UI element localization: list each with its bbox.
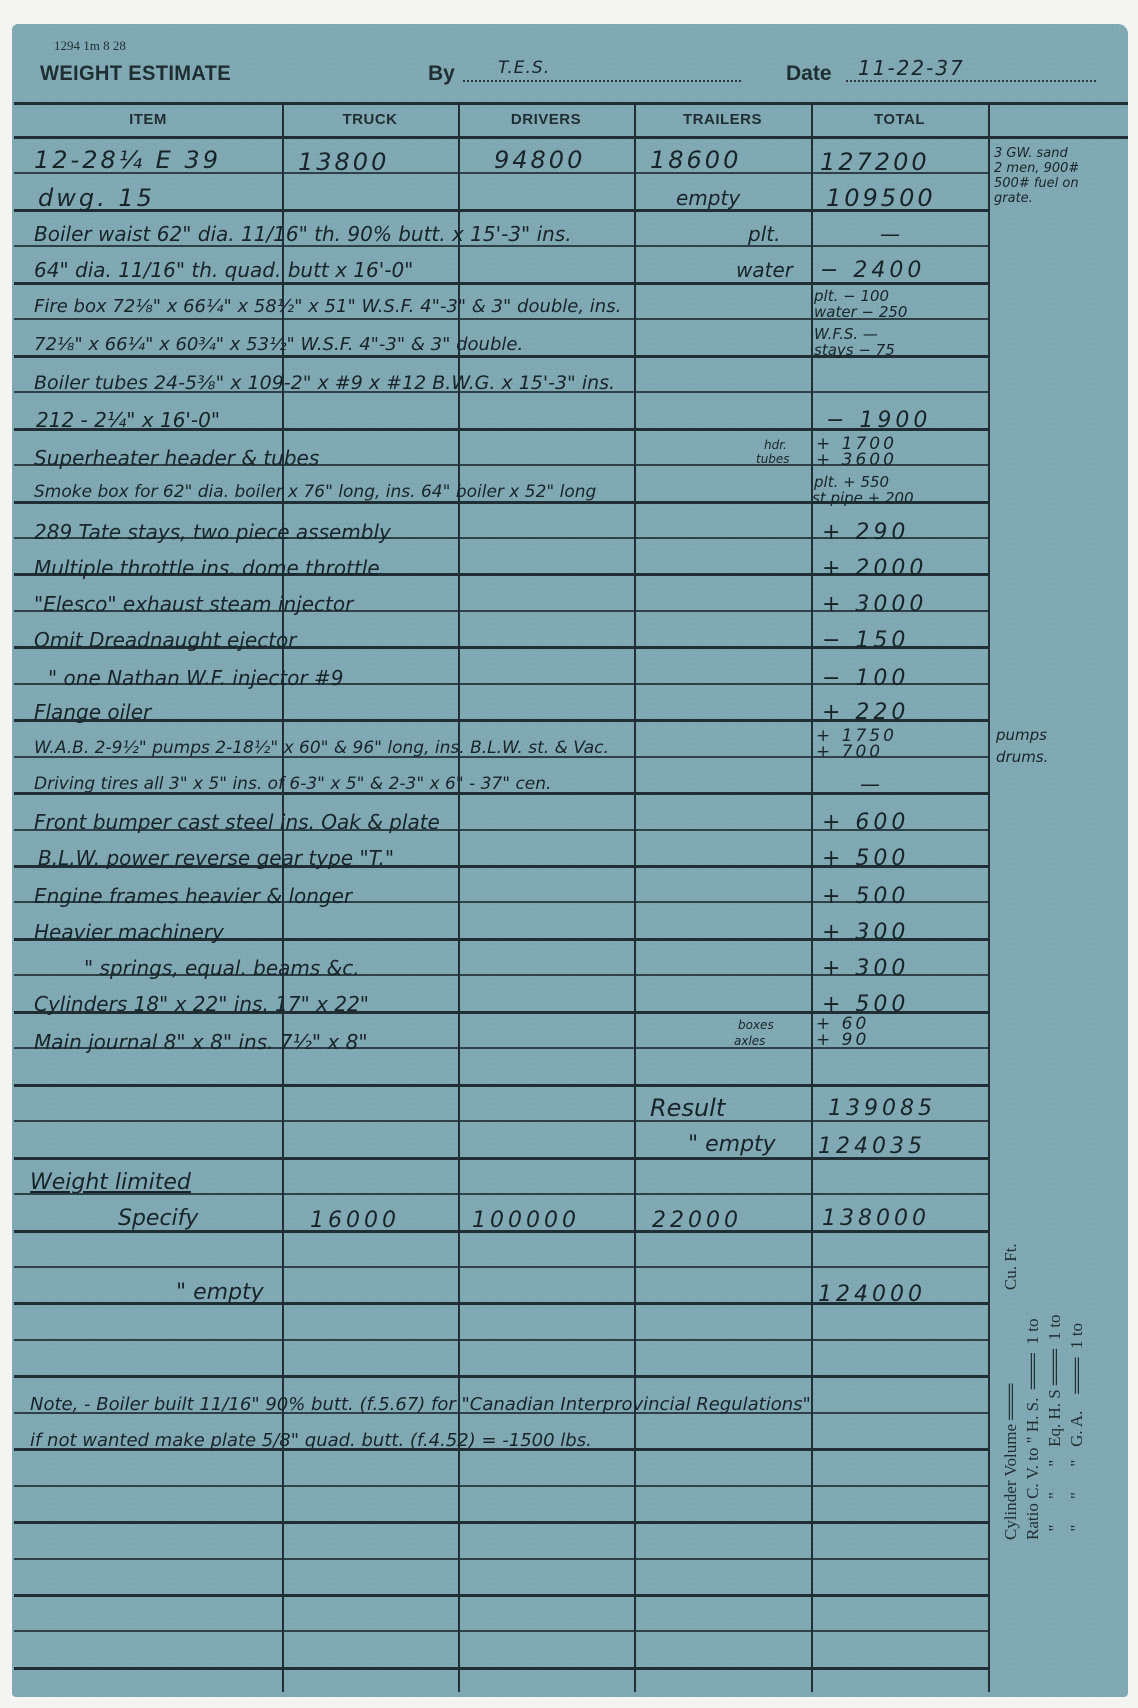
cell-total: 127200: [820, 148, 930, 176]
date-field-line: [846, 80, 1096, 82]
date-value[interactable]: 11-22-37: [858, 56, 965, 80]
header-top-rule: [14, 102, 1128, 105]
row-rule-thin: [14, 1339, 990, 1341]
date-label: Date: [786, 62, 832, 86]
cell-total: —: [880, 222, 900, 246]
by-value[interactable]: T.E.S.: [498, 58, 550, 78]
cylinder-volume-line: Cylinder Volume ═══ Cu. Ft.: [1000, 1150, 1022, 1540]
column-header-drivers: DRIVERS: [458, 111, 634, 128]
cell-item: Heavier machinery: [34, 920, 224, 944]
cell-trailers-label: empty: [676, 186, 740, 210]
cell-sublabel: plt.: [748, 222, 780, 246]
cell-item: Fire box 72⅛" x 66¼" x 58½" x 51" W.S.F.…: [34, 296, 621, 317]
row-rule-thick: [14, 1521, 990, 1524]
cell-item: Flange oiler: [34, 700, 151, 724]
form-title: WEIGHT ESTIMATE: [40, 62, 231, 86]
specify-empty-label: " empty: [176, 1280, 264, 1305]
column-rule: [988, 102, 990, 1692]
note-line-1: Note, - Boiler built 11/16" 90% butt. (f…: [30, 1394, 811, 1415]
cell-sublabel: tubes: [756, 452, 790, 466]
cell-item: W.A.B. 2-9½" pumps 2-18½" x 60" & 96" lo…: [34, 738, 609, 758]
cell-item: B.L.W. power reverse gear type "T.": [38, 846, 394, 870]
column-header-truck: TRUCK: [282, 111, 458, 128]
row-rule-thin: [14, 1558, 990, 1560]
cell-item: Main journal 8" x 8" ins. 7½" x 8": [34, 1030, 368, 1054]
ratio-eqhs-line: " " " Eq. H. S ═══ 1 to: [1044, 1150, 1066, 1540]
result-total: 139085: [828, 1096, 936, 1121]
cell-trailers: 18600: [650, 146, 741, 174]
cell-total: + 220: [822, 700, 909, 725]
cell-item: Boiler waist 62" dia. 11/16" th. 90% but…: [34, 222, 572, 246]
cell-sublabel: boxes: [738, 1018, 774, 1032]
cell-sublabel: water: [736, 258, 793, 282]
result-empty-total: 124035: [818, 1134, 926, 1159]
cell-total: − 100: [822, 666, 909, 691]
cell-item: " springs, equal. beams &c.: [84, 956, 360, 980]
cell-item: Cylinders 18" x 22" ins. 17" x 22": [34, 992, 369, 1016]
ratio-box: Cylinder Volume ═══ Cu. Ft. Ratio C. V. …: [1000, 1150, 1110, 1540]
cell-total: + 290: [822, 520, 909, 545]
by-field-line: [463, 80, 741, 82]
cell-item: 212 - 2¼" x 16'-0": [36, 408, 220, 432]
cell-item: Boiler tubes 24-5⅜" x 109-2" x #9 x #12 …: [34, 372, 615, 394]
side-note-pumps: pumps: [996, 724, 1047, 746]
cell-sublabel: axles: [734, 1034, 765, 1048]
cell-item: dwg. 15: [38, 184, 155, 212]
cell-total-sub: stays − 75: [814, 342, 895, 358]
cell-truck: 13800: [298, 148, 389, 176]
cell-total-sub: W.F.S. —: [814, 326, 878, 342]
row-rule-thick: [14, 1375, 990, 1378]
cell-total: + 600: [822, 810, 909, 835]
side-note-line: 2 men, 900#: [994, 161, 1079, 176]
cell-total: − 1900: [826, 408, 931, 433]
cell-item: Superheater header & tubes: [34, 446, 319, 470]
column-header-item: ITEM: [14, 111, 282, 128]
cell-total: —: [860, 772, 880, 796]
specify-empty-total: 124000: [818, 1282, 926, 1307]
side-note-line: grate.: [994, 191, 1033, 206]
cell-total-sub: plt. − 100: [814, 288, 889, 304]
specify-drivers: 100000: [472, 1208, 580, 1233]
cell-drivers: 94800: [494, 146, 585, 174]
cell-item: Multiple throttle ins. dome throttle: [34, 556, 380, 580]
specify-total: 138000: [822, 1206, 930, 1231]
row-rule-thick: [14, 1084, 990, 1087]
cell-item: 289 Tate stays, two piece assembly: [34, 520, 391, 544]
cell-item: "Elesco" exhaust steam injector: [34, 592, 353, 616]
cell-total-sub: st.pipe + 200: [812, 490, 914, 506]
header-bottom-rule: [14, 136, 1128, 139]
cell-total: + 300: [822, 920, 909, 945]
cell-item: 64" dia. 11/16" th. quad. butt x 16'-0": [34, 258, 413, 282]
cell-total: + 300: [822, 956, 909, 981]
cell-total: + 2000: [822, 556, 927, 581]
cell-total: − 150: [822, 628, 909, 653]
cell-total: + 500: [822, 846, 909, 871]
cell-item: " one Nathan W.F. injector #9: [48, 666, 344, 690]
cell-total: + 500: [822, 884, 909, 909]
row-rule-thick: [14, 1667, 990, 1670]
specify-truck: 16000: [310, 1208, 400, 1233]
cell-total: + 3000: [822, 592, 927, 617]
side-note-line: 3 GW. sand: [994, 146, 1068, 161]
row-rule-thin: [14, 1485, 990, 1487]
result-empty-label: " empty: [688, 1132, 776, 1157]
cell-item: Front bumper cast steel ins. Oak & plate: [34, 810, 440, 834]
column-rule: [811, 102, 813, 1692]
cell-item: Driving tires all 3" x 5" ins. of 6-3" x…: [34, 774, 551, 794]
note-line-2: if not wanted make plate 5/8" quad. butt…: [30, 1430, 592, 1451]
cell-total-sub: plt. + 550: [814, 474, 889, 490]
cell-total: 109500: [826, 184, 936, 212]
by-label: By: [428, 62, 455, 86]
cell-total-sub: water − 250: [814, 304, 907, 320]
column-rule: [634, 102, 636, 1692]
column-header-total: TOTAL: [811, 111, 988, 128]
result-label: Result: [650, 1094, 725, 1122]
cell-item: Engine frames heavier & longer: [34, 884, 352, 908]
cell-item: Smoke box for 62" dia. boiler x 76" long…: [34, 482, 596, 502]
row-rule-thin: [14, 1266, 990, 1268]
specify-label: Specify: [118, 1206, 198, 1231]
ratio-ga-line: " " " G. A. ═══ 1 to: [1066, 1150, 1088, 1540]
cell-total: + 90: [816, 1032, 869, 1049]
side-note-drums: drums.: [996, 746, 1048, 768]
ratio-hs-line: Ratio C. V. to " H. S. ═══ 1 to: [1022, 1150, 1044, 1540]
cell-total: + 3600: [816, 452, 897, 469]
cell-sublabel: hdr.: [764, 438, 787, 452]
cell-total: + 700: [816, 744, 883, 761]
specify-trailers: 22000: [652, 1208, 742, 1233]
cell-item: 72⅛" x 66¼" x 60¾" x 53½" W.S.F. 4"-3" &…: [34, 334, 523, 355]
form-number: 1294 1m 8 28: [54, 38, 126, 54]
cell-item: 12-28¼ E 39: [34, 146, 221, 174]
column-header-trailers: TRAILERS: [634, 111, 811, 128]
cell-total: − 2400: [820, 258, 925, 283]
cell-item: Omit Dreadnaught ejector: [34, 628, 297, 652]
weight-limited-label: Weight limited: [30, 1170, 191, 1195]
row-rule-thick: [14, 1594, 990, 1597]
row-rule-thin: [14, 1630, 990, 1632]
side-note-line: 500# fuel on: [994, 176, 1079, 191]
